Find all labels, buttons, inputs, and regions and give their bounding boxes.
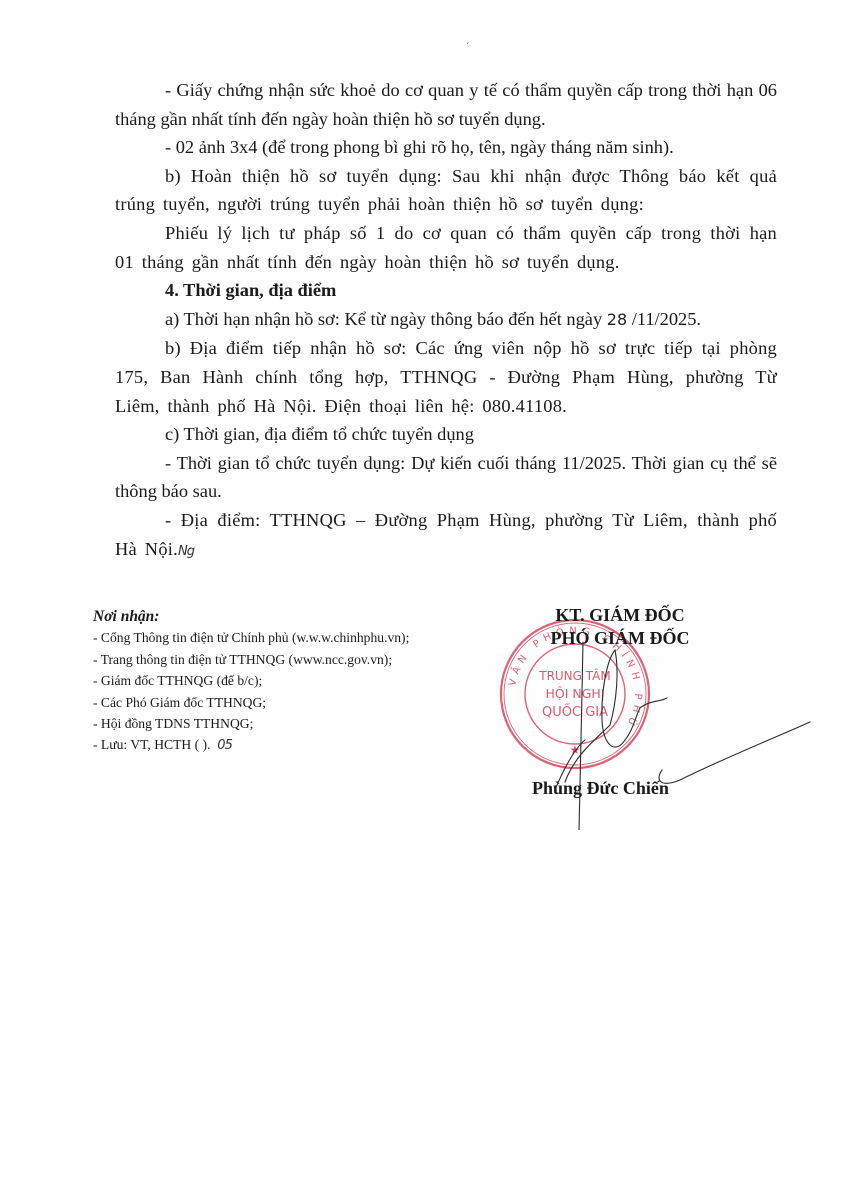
signature-title-line1: KT. GIÁM ĐỐC	[500, 604, 740, 627]
paragraph-complete-dossier: b) Hoàn thiện hồ sơ tuyển dụng: Sau khi …	[115, 162, 777, 219]
recipients-title: Nơi nhận:	[93, 606, 493, 627]
deadline-prefix: a) Thời hạn nhận hồ sơ: Kể từ ngày thông…	[165, 309, 607, 329]
recipient-item: - Cổng Thông tin điện tử Chính phủ (w.w.…	[93, 627, 493, 648]
recipient-item: - Giám đốc TTHNQG (để b/c);	[93, 670, 493, 691]
recipients-block: Nơi nhận: - Cổng Thông tin điện tử Chính…	[93, 606, 493, 757]
deadline-suffix: /11/2025.	[627, 309, 701, 329]
handwritten-count: 05	[217, 738, 232, 753]
handwritten-signature-icon	[555, 630, 815, 830]
document-body: - Giấy chứng nhận sức khoẻ do cơ quan y …	[115, 76, 777, 566]
paragraph-recruitment-time: - Thời gian tổ chức tuyển dụng: Dự kiến …	[115, 449, 777, 506]
paragraph-recruitment-location: - Địa điểm: TTHNQG – Đường Phạm Hùng, ph…	[115, 506, 777, 566]
paragraph-judicial-record: Phiếu lý lịch tư pháp số 1 do cơ quan có…	[115, 219, 777, 276]
handwritten-initials: Ng	[178, 544, 194, 559]
recipient-item: - Trang thông tin điện tử TTHNQG (www.nc…	[93, 649, 493, 670]
paragraph-recruitment-time-place: c) Thời gian, địa điểm tổ chức tuyển dụn…	[115, 420, 777, 449]
recipient-item-archive: - Lưu: VT, HCTH ( ). 05	[93, 734, 493, 756]
scan-speck: ˊ	[466, 42, 469, 53]
section-heading-time-place: 4. Thời gian, địa điểm	[115, 276, 777, 305]
paragraph-health-certificate: - Giấy chứng nhận sức khoẻ do cơ quan y …	[115, 76, 777, 133]
paragraph-photos: - 02 ảnh 3x4 (để trong phong bì ghi rõ h…	[115, 133, 777, 162]
recipient-item: - Hội đồng TDNS TTHNQG;	[93, 713, 493, 734]
archive-text: - Lưu: VT, HCTH ( ).	[93, 737, 211, 752]
recipient-item: - Các Phó Giám đốc TTHNQG;	[93, 692, 493, 713]
location-text: - Địa điểm: TTHNQG – Đường Phạm Hùng, ph…	[115, 510, 777, 559]
handwritten-day: 28	[607, 310, 627, 329]
paragraph-submission-location: b) Địa điểm tiếp nhận hồ sơ: Các ứng viê…	[115, 334, 777, 420]
paragraph-deadline: a) Thời hạn nhận hồ sơ: Kể từ ngày thông…	[115, 305, 777, 335]
document-page: ˊ - Giấy chứng nhận sức khoẻ do cơ quan …	[0, 0, 848, 1200]
